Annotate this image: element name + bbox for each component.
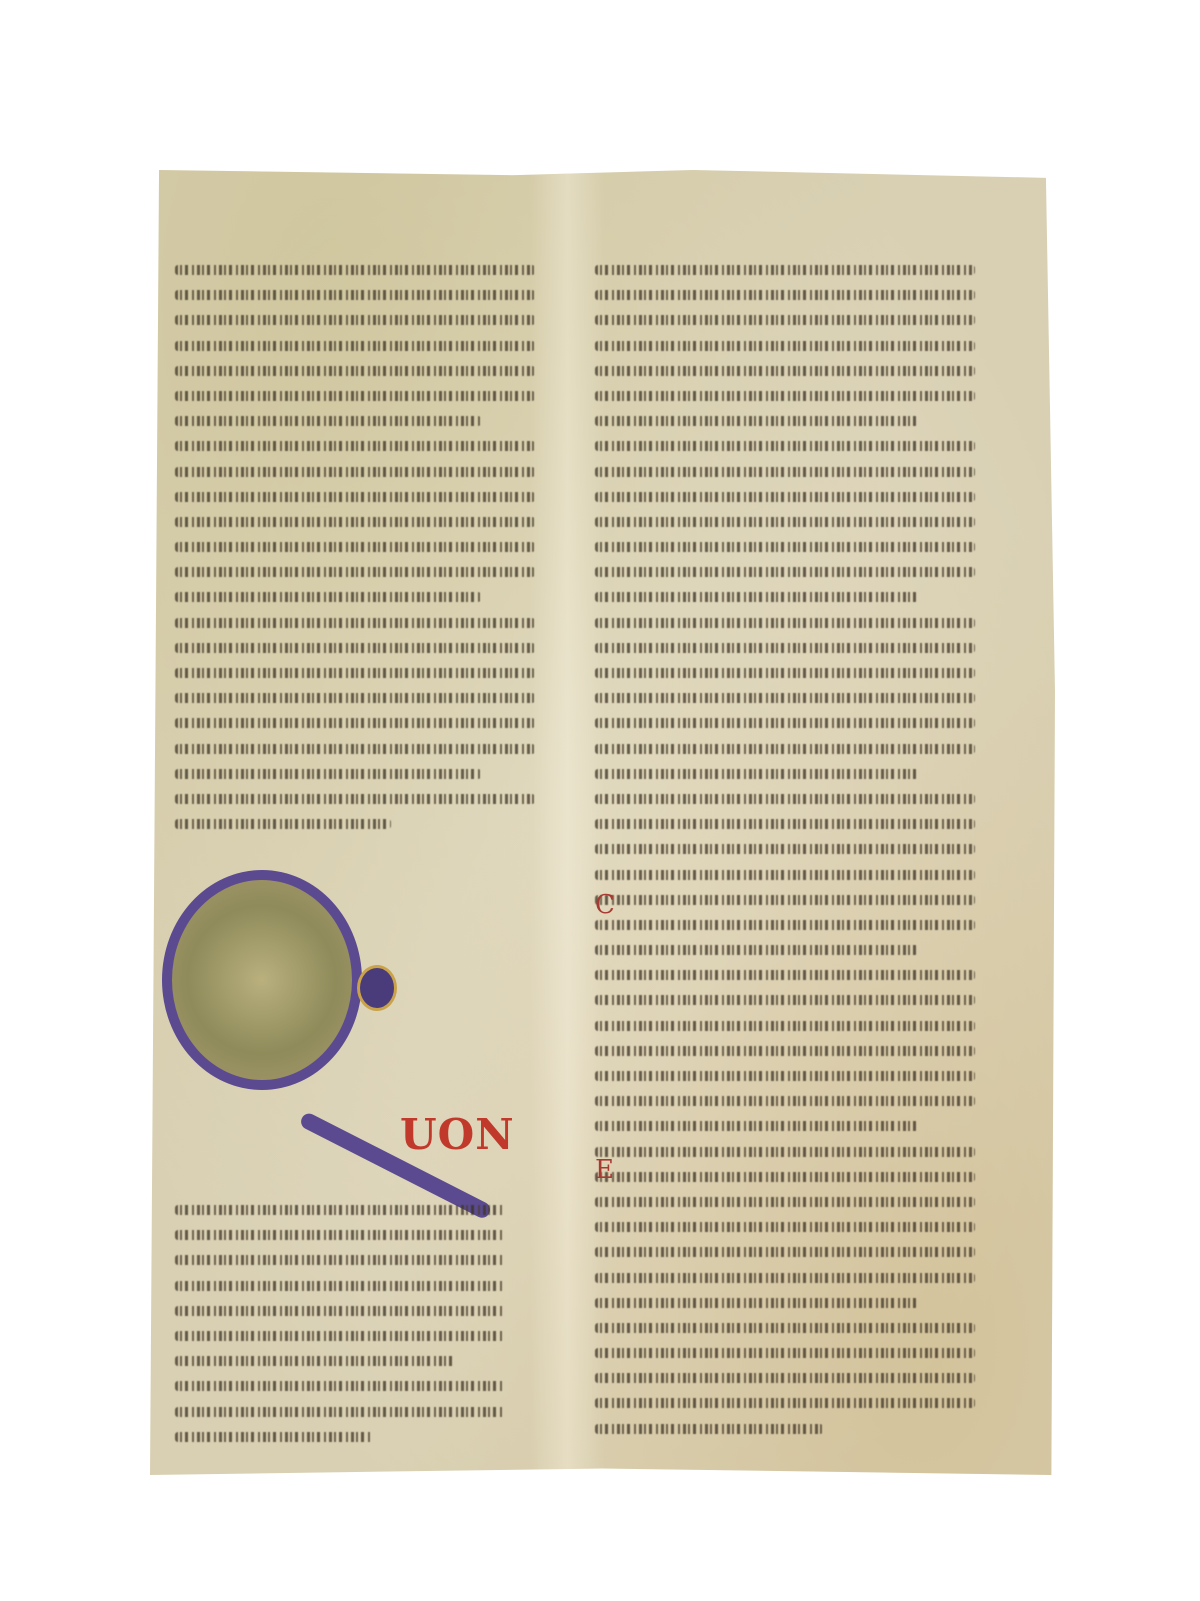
script-line [595, 542, 975, 552]
script-line [595, 769, 918, 779]
script-line [595, 1071, 975, 1081]
script-line [595, 1096, 975, 1106]
script-line [595, 1273, 975, 1283]
script-line [175, 643, 535, 653]
script-line [595, 1046, 975, 1056]
script-line [595, 1197, 975, 1207]
script-line [595, 718, 975, 728]
rubricated-initial-e: E [595, 1155, 614, 1185]
script-line [175, 1205, 505, 1215]
script-line [175, 265, 535, 275]
script-line [595, 1147, 975, 1157]
script-line [595, 1398, 975, 1408]
script-line [175, 492, 535, 502]
script-line [175, 618, 535, 628]
script-line [595, 970, 975, 980]
column-gutter [530, 170, 605, 1475]
script-line [595, 995, 975, 1005]
script-line [595, 920, 975, 930]
left-column-text-upper [175, 265, 535, 844]
script-line [595, 290, 975, 300]
script-line [175, 819, 391, 829]
script-line [595, 668, 975, 678]
initial-q-ornament [357, 965, 397, 1011]
script-line [595, 1323, 975, 1333]
script-line [175, 1356, 456, 1366]
script-line [175, 1230, 505, 1240]
script-line [595, 794, 975, 804]
script-line [595, 416, 918, 426]
script-line [595, 618, 975, 628]
script-line [175, 592, 481, 602]
script-line [175, 1306, 505, 1316]
script-line [595, 744, 975, 754]
script-line [595, 693, 975, 703]
script-line [175, 718, 535, 728]
script-line [175, 441, 535, 451]
script-line [595, 895, 975, 905]
script-line [595, 1348, 975, 1358]
display-letters: UON [400, 1110, 515, 1159]
script-line [175, 1432, 373, 1442]
script-line [175, 1255, 505, 1265]
script-line [595, 945, 918, 955]
script-line [175, 1381, 505, 1391]
script-line [175, 567, 535, 577]
script-line [175, 693, 535, 703]
script-line [175, 1281, 505, 1291]
manuscript-leaf: UON C E [150, 170, 1055, 1475]
script-line [175, 1407, 505, 1417]
script-line [175, 668, 535, 678]
script-line [595, 567, 975, 577]
script-line [595, 391, 975, 401]
script-line [595, 1172, 975, 1182]
initial-q-bowl [162, 870, 362, 1090]
historiated-initial-q [162, 870, 382, 1105]
script-line [595, 592, 918, 602]
script-line [595, 315, 975, 325]
script-line [595, 1373, 975, 1383]
script-line [175, 542, 535, 552]
script-line [595, 643, 975, 653]
script-line [175, 769, 481, 779]
script-line [595, 844, 975, 854]
script-line [175, 1331, 505, 1341]
script-line [595, 492, 975, 502]
script-line [595, 467, 975, 477]
script-line [175, 290, 535, 300]
script-line [595, 1021, 975, 1031]
display-letters-text: UON [400, 1110, 515, 1159]
script-line [175, 794, 535, 804]
script-line [175, 315, 535, 325]
script-line [595, 441, 975, 451]
script-line [595, 265, 975, 275]
left-column-text-lower [175, 1205, 505, 1457]
right-column-text [595, 265, 975, 1449]
script-line [595, 819, 975, 829]
script-line [595, 1222, 975, 1232]
script-line [175, 467, 535, 477]
script-line [175, 341, 535, 351]
script-line [595, 1298, 918, 1308]
script-line [595, 870, 975, 880]
script-line [175, 366, 535, 376]
script-line [595, 517, 975, 527]
script-line [175, 391, 535, 401]
script-line [175, 416, 481, 426]
script-line [175, 517, 535, 527]
script-line [595, 1121, 918, 1131]
script-line [595, 366, 975, 376]
script-line [595, 341, 975, 351]
script-line [595, 1424, 823, 1434]
script-line [595, 1247, 975, 1257]
rubricated-initial-c: C [595, 890, 615, 920]
script-line [175, 744, 535, 754]
